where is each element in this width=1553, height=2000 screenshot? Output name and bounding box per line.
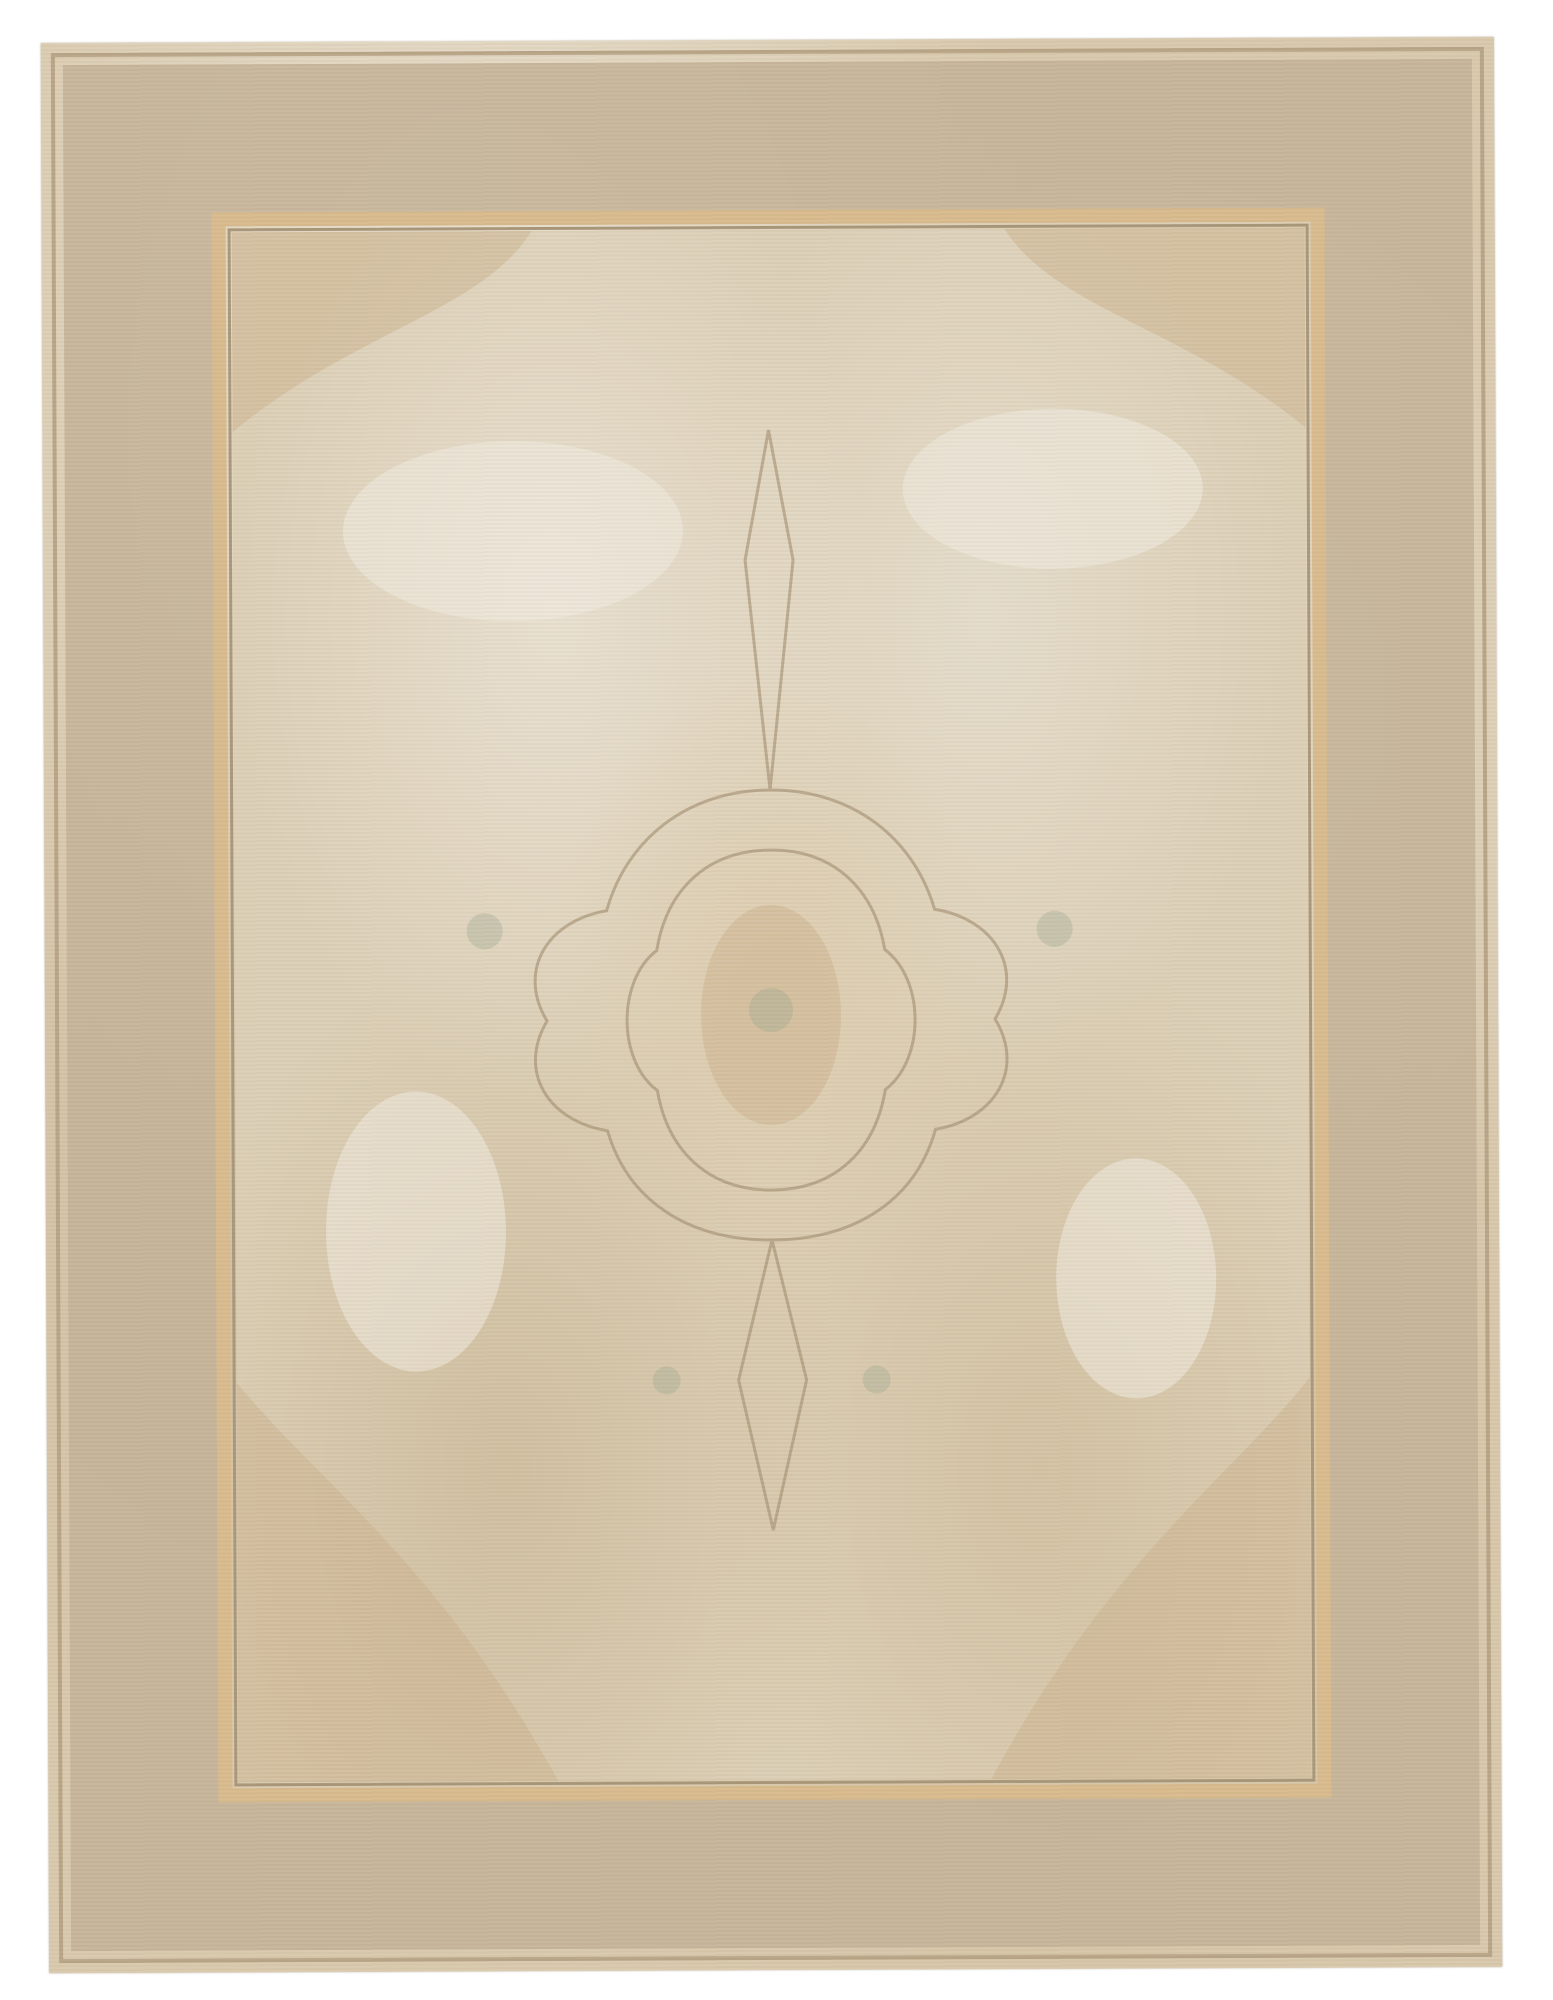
rug	[41, 37, 1502, 1973]
medallion-pattern	[232, 228, 1312, 1783]
rug-field	[232, 228, 1312, 1783]
